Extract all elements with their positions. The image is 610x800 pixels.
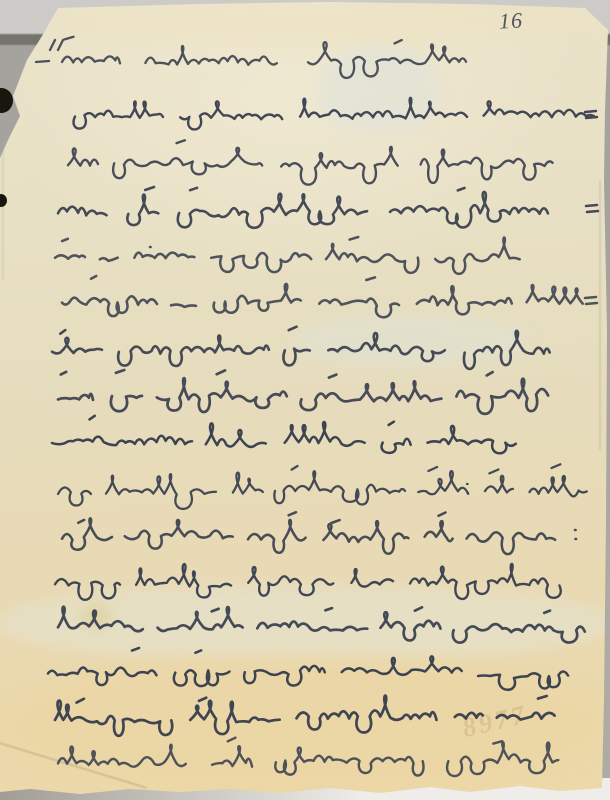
paper-tone-patch xyxy=(0,586,610,660)
handwriting-line-16 xyxy=(58,738,558,776)
handwriting-line-4 xyxy=(58,187,598,228)
paper-crease xyxy=(2,150,4,280)
handwriting-line-8 xyxy=(58,370,548,414)
handwriting-line-7 xyxy=(52,327,550,369)
handwriting-line-3 xyxy=(68,140,553,184)
handwriting-line-5 xyxy=(55,237,520,274)
handwriting-line-2 xyxy=(74,98,597,130)
handwriting-line-14 xyxy=(48,648,568,690)
paper-tone-patch xyxy=(318,46,440,134)
handwriting-line-6 xyxy=(62,276,597,317)
handwriting-line-12 xyxy=(55,564,561,600)
handwriting-line-9 xyxy=(52,416,516,453)
handwriting-line-1 xyxy=(36,37,466,78)
paper-tone-patch xyxy=(80,604,112,628)
page-number: 16 xyxy=(498,7,523,34)
paper-tone-patch xyxy=(60,0,610,46)
manuscript-page: 8977 16 xyxy=(0,0,610,800)
paper-crease xyxy=(0,737,147,789)
handwriting-line-10 xyxy=(58,464,587,509)
faint-stamp-number: 8977 xyxy=(459,699,530,744)
scanned-document: 8977 16 xyxy=(0,0,610,800)
handwriting-text xyxy=(0,0,610,800)
handwriting-line-11 xyxy=(62,512,576,554)
handwriting-line-13 xyxy=(58,607,585,643)
paper-crease xyxy=(599,180,601,450)
clip-shadow-spot xyxy=(0,88,13,113)
paper-tone-patch xyxy=(295,316,527,366)
